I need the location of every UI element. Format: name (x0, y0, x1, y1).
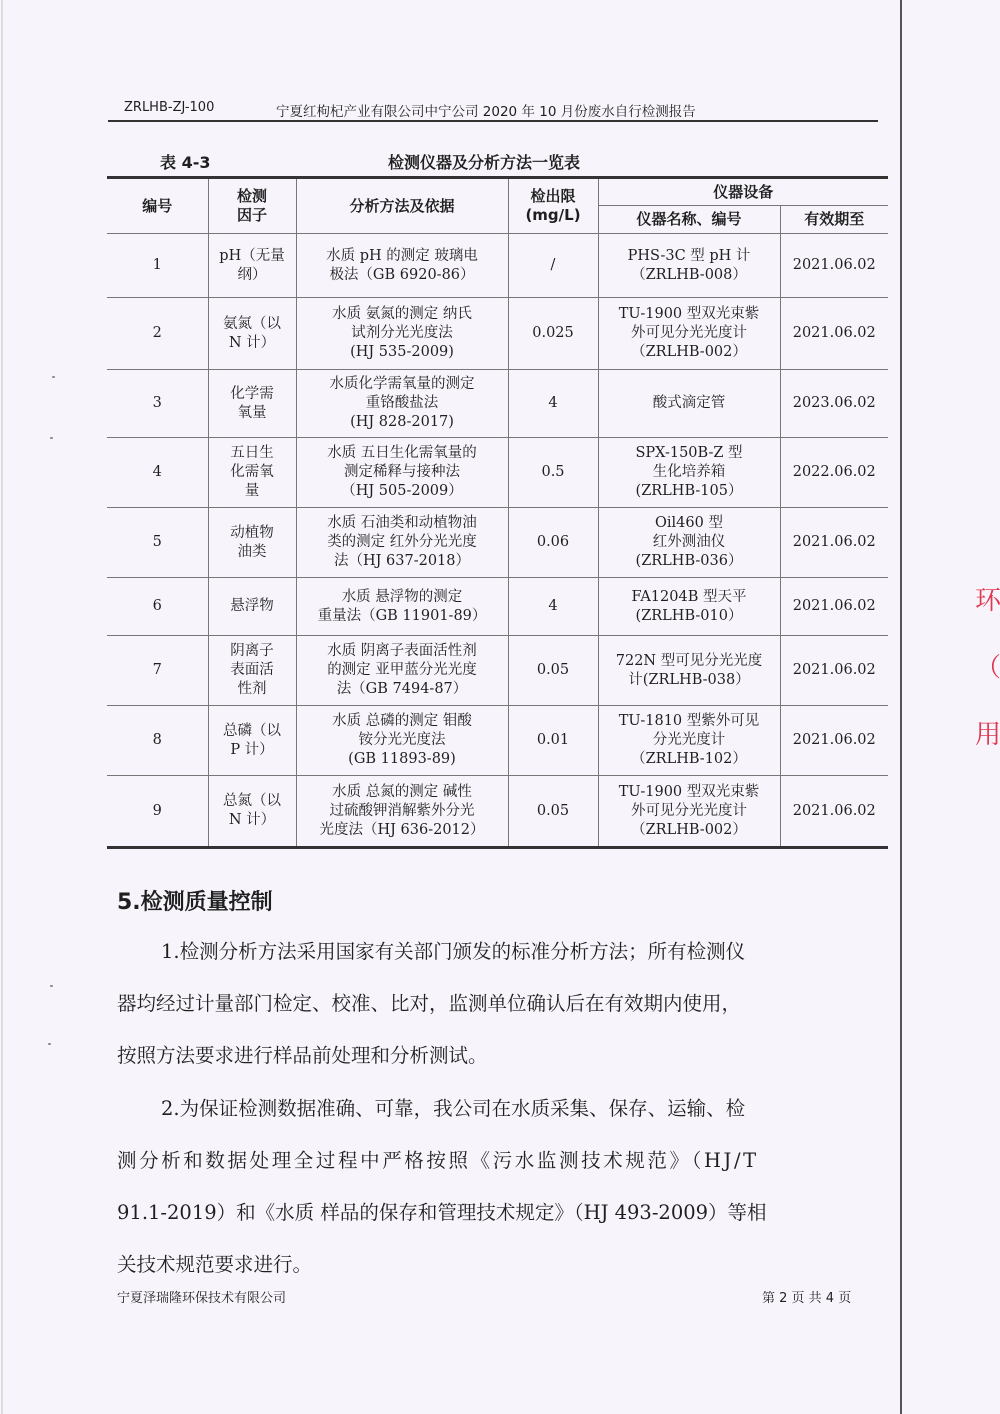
cell-no: 7 (107, 636, 208, 706)
page-header: ZRLHB-ZJ-100 宁夏红枸杞产业有限公司中宁公司 2020 年 10 月… (108, 96, 878, 118)
cell-equipment: FA1204B 型天平(ZRLHB-010） (598, 578, 780, 636)
cell-factor: 动植物油类 (208, 508, 296, 578)
cell-valid-until: 2021.06.02 (780, 508, 888, 578)
section-title: 5.检测质量控制 (117, 885, 273, 916)
red-seal-stamp: 环 （ 用 (975, 580, 1000, 790)
cell-no: 9 (107, 776, 208, 848)
table-title: 检测仪器及分析方法一览表 (388, 150, 580, 173)
cell-limit: 0.06 (508, 508, 598, 578)
table-number: 表 4-3 (160, 150, 210, 173)
doc-code: ZRLHB-ZJ-100 (124, 100, 214, 115)
cell-no: 5 (107, 508, 208, 578)
cell-method: 水质 石油类和动植物油类的测定 红外分光光度法（HJ 637-2018） (296, 508, 508, 578)
instrument-method-table: 编号 检测因子 分析方法及依据 检出限(mg/L) 仪器设备 仪器名称、编号 有… (107, 176, 888, 849)
cell-no: 8 (107, 706, 208, 776)
cell-limit: / (508, 234, 598, 298)
header-equipment-name: 仪器名称、编号 (598, 206, 780, 234)
footer-company: 宁夏泽瑞隆环保技术有限公司 (117, 1287, 286, 1306)
header-no: 编号 (107, 178, 208, 234)
table-row: 2氨氮（以N 计）水质 氨氮的测定 纳氏试剂分光光度法(HJ 535-2009)… (107, 298, 888, 370)
cell-valid-until: 2021.06.02 (780, 706, 888, 776)
table-row: 1pH（无量纲）水质 pH 的测定 玻璃电极法（GB 6920-86）/PHS-… (107, 234, 888, 298)
cell-method: 水质 氨氮的测定 纳氏试剂分光光度法(HJ 535-2009) (296, 298, 508, 370)
cell-limit: 0.5 (508, 438, 598, 508)
cell-factor: pH（无量纲） (208, 234, 296, 298)
cell-equipment: TU-1900 型双光束紫外可见分光光度计（ZRLHB-002） (598, 298, 780, 370)
header-equipment-group: 仪器设备 (598, 178, 888, 206)
cell-equipment: TU-1900 型双光束紫外可见分光光度计（ZRLHB-002） (598, 776, 780, 848)
cell-factor: 五日生化需氧量 (208, 438, 296, 508)
paragraph-1: 1.检测分析方法采用国家有关部门颁发的标准分析方法；所有检测仪 器均经过计量部门… (117, 926, 877, 1082)
cell-method: 水质 pH 的测定 玻璃电极法（GB 6920-86） (296, 234, 508, 298)
table-row: 5动植物油类水质 石油类和动植物油类的测定 红外分光光度法（HJ 637-201… (107, 508, 888, 578)
cell-factor: 化学需氧量 (208, 370, 296, 438)
cell-method: 水质 阴离子表面活性剂的测定 亚甲蓝分光光度法（GB 7494-87） (296, 636, 508, 706)
cell-equipment: 722N 型可见分光光度计(ZRLHB-038） (598, 636, 780, 706)
cell-factor: 总氮（以N 计） (208, 776, 296, 848)
cell-valid-until: 2021.06.02 (780, 636, 888, 706)
cell-limit: 4 (508, 370, 598, 438)
cell-method: 水质 五日生化需氧量的测定稀释与接种法（HJ 505-2009） (296, 438, 508, 508)
cell-no: 6 (107, 578, 208, 636)
table-row: 6悬浮物水质 悬浮物的测定重量法（GB 11901-89）4FA1204B 型天… (107, 578, 888, 636)
scan-left-edge (1, 0, 3, 1414)
cell-limit: 0.05 (508, 776, 598, 848)
table-row: 3化学需氧量水质化学需氧量的测定重铬酸盐法(HJ 828-2017)4酸式滴定管… (107, 370, 888, 438)
header-valid-until: 有效期至 (780, 206, 888, 234)
cell-valid-until: 2021.06.02 (780, 298, 888, 370)
table-row: 8总磷（以P 计）水质 总磷的测定 钼酸铵分光光度法(GB 11893-89)0… (107, 706, 888, 776)
table-row: 9总氮（以N 计）水质 总氮的测定 碱性过硫酸钾消解紫外分光光度法（HJ 636… (107, 776, 888, 848)
header-factor: 检测因子 (208, 178, 296, 234)
page-number: 第 2 页 共 4 页 (762, 1287, 851, 1306)
header-method: 分析方法及依据 (296, 178, 508, 234)
report-title: 宁夏红枸杞产业有限公司中宁公司 2020 年 10 月份废水自行检测报告 (276, 100, 696, 120)
cell-limit: 4 (508, 578, 598, 636)
cell-no: 4 (107, 438, 208, 508)
cell-limit: 0.05 (508, 636, 598, 706)
scan-speck (50, 985, 53, 987)
cell-no: 2 (107, 298, 208, 370)
scan-speck (50, 437, 53, 439)
cell-method: 水质 总氮的测定 碱性过硫酸钾消解紫外分光光度法（HJ 636-2012） (296, 776, 508, 848)
cell-no: 1 (107, 234, 208, 298)
scan-speck (48, 1043, 51, 1045)
table-row: 7阴离子表面活性剂水质 阴离子表面活性剂的测定 亚甲蓝分光光度法（GB 7494… (107, 636, 888, 706)
table-row: 4五日生化需氧量水质 五日生化需氧量的测定稀释与接种法（HJ 505-2009）… (107, 438, 888, 508)
cell-method: 水质 悬浮物的测定重量法（GB 11901-89） (296, 578, 508, 636)
cell-factor: 阴离子表面活性剂 (208, 636, 296, 706)
cell-method: 水质化学需氧量的测定重铬酸盐法(HJ 828-2017) (296, 370, 508, 438)
cell-equipment: Oil460 型红外测油仪(ZRLHB-036） (598, 508, 780, 578)
cell-method: 水质 总磷的测定 钼酸铵分光光度法(GB 11893-89) (296, 706, 508, 776)
header-limit: 检出限(mg/L) (508, 178, 598, 234)
cell-valid-until: 2022.06.02 (780, 438, 888, 508)
header-rule (108, 120, 878, 122)
cell-factor: 总磷（以P 计） (208, 706, 296, 776)
cell-equipment: PHS-3C 型 pH 计（ZRLHB-008） (598, 234, 780, 298)
cell-valid-until: 2021.06.02 (780, 578, 888, 636)
cell-valid-until: 2021.06.02 (780, 776, 888, 848)
paragraph-2: 2.为保证检测数据准确、可靠，我公司在水质采集、保存、运输、检 测分析和数据处理… (117, 1083, 877, 1291)
cell-equipment: SPX-150B-Z 型生化培养箱(ZRLHB-105） (598, 438, 780, 508)
cell-no: 3 (107, 370, 208, 438)
cell-valid-until: 2023.06.02 (780, 370, 888, 438)
cell-equipment: 酸式滴定管 (598, 370, 780, 438)
cell-equipment: TU-1810 型紫外可见分光光度计（ZRLHB-102） (598, 706, 780, 776)
binding-margin-line (900, 0, 902, 1414)
cell-factor: 氨氮（以N 计） (208, 298, 296, 370)
cell-valid-until: 2021.06.02 (780, 234, 888, 298)
cell-limit: 0.025 (508, 298, 598, 370)
cell-factor: 悬浮物 (208, 578, 296, 636)
cell-limit: 0.01 (508, 706, 598, 776)
scan-speck (52, 376, 55, 378)
